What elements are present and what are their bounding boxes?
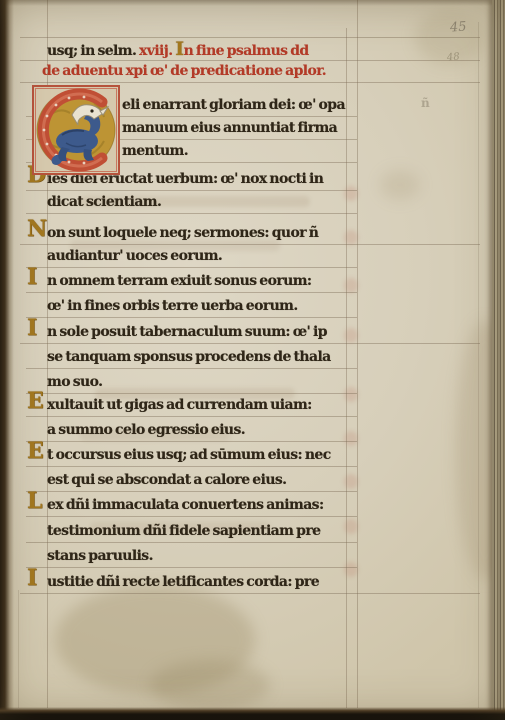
- text-line: mentum.: [122, 141, 188, 163]
- text-segment: a summo celo egressio eius.: [47, 422, 245, 438]
- text-line: de aduentu xpi œ' de predicatione aplor.: [42, 61, 326, 83]
- text-segment: œ' in fines orbis terre uerba eorum.: [47, 298, 298, 314]
- versal-initial: I: [27, 267, 37, 287]
- versal-initial: I: [27, 568, 37, 588]
- text-segment: manuum eius annuntiat firma: [122, 120, 337, 136]
- text-segment: t occursus eius usq; ad sūmum eius: nec: [47, 447, 331, 463]
- text-line: audiantur' uoces eorum.: [47, 246, 222, 268]
- text-segment: n sole posuit tabernaculum suum: œ' ip: [47, 324, 327, 340]
- text-segment: xviij.: [139, 43, 175, 59]
- versal-initial: I: [27, 318, 37, 338]
- text-line: œ' in fines orbis terre uerba eorum.: [47, 296, 298, 318]
- text-line: Non sunt loquele neq; sermones: quor ñ: [47, 223, 318, 245]
- ruling-line-vertical: [478, 22, 479, 708]
- illuminated-initial-C: [32, 85, 120, 175]
- text-line: est qui se abscondat a calore eius.: [47, 470, 286, 492]
- text-line: testimonium dñi fidele sapientiam pre: [47, 521, 320, 543]
- text-segment: testimonium dñi fidele sapientiam pre: [47, 523, 320, 539]
- text-segment: audiantur' uoces eorum.: [47, 248, 222, 264]
- text-line: In omnem terram exiuit sonus eorum:: [47, 271, 312, 293]
- text-segment: est qui se abscondat a calore eius.: [47, 472, 286, 488]
- versal-initial: E: [27, 391, 43, 411]
- text-segment: mo suo.: [47, 374, 102, 390]
- text-line: se tanquam sponsus procedens de thala: [47, 347, 331, 369]
- text-segment: ex dñi immaculata conuertens animas:: [47, 497, 324, 513]
- text-line: In sole posuit tabernaculum suum: œ' ip: [47, 322, 327, 344]
- text-segment: stans paruulis.: [47, 548, 153, 564]
- initial-C-artwork: [32, 85, 120, 175]
- page-edge-top: [0, 0, 505, 6]
- versal-initial: N: [27, 219, 47, 239]
- page-edges-right: [492, 0, 505, 712]
- text-segment: dicat scientiam.: [47, 194, 161, 210]
- text-line: mo suo.: [47, 372, 102, 394]
- text-line: Exultauit ut gigas ad currendam uiam:: [47, 395, 312, 417]
- ruling-line-vertical: [18, 590, 19, 708]
- text-line: manuum eius annuntiat firma: [122, 118, 337, 140]
- text-segment: eli enarrant gloriam dei: œ' opa: [122, 97, 345, 113]
- text-line: a summo celo egressio eius.: [47, 420, 245, 442]
- text-line: dicat scientiam.: [47, 192, 161, 214]
- page-edge-bottom: [0, 707, 505, 720]
- text-segment: on sunt loquele neq; sermones: quor ñ: [47, 225, 318, 241]
- text-line: Lex dñi immaculata conuertens animas:: [47, 495, 324, 517]
- versal-initial: L: [27, 491, 42, 511]
- text-line: usq; in selm. xviij. In fine psalmus dd: [47, 39, 309, 61]
- stain: [150, 660, 270, 710]
- ruling-line-vertical: [346, 28, 347, 708]
- text-line: stans paruulis.: [47, 546, 153, 568]
- text-segment: n fine psalmus dd: [184, 43, 309, 59]
- gutter-shadow: [0, 0, 14, 712]
- text-segment: se tanquam sponsus procedens de thala: [47, 349, 331, 365]
- stain: [380, 170, 420, 200]
- ruling-line-vertical: [357, 0, 358, 708]
- text-segment: mentum.: [122, 143, 188, 159]
- ruling-line-horizontal: [20, 37, 480, 38]
- text-segment: n omnem terram exiuit sonus eorum:: [47, 273, 312, 289]
- manuscript-page: usq; in selm. xviij. In fine psalmus ddd…: [0, 0, 505, 720]
- text-segment: de aduentu xpi œ' de predicatione aplor.: [42, 63, 326, 79]
- margin-note: ñ: [421, 96, 430, 110]
- quire-mark: 48: [446, 51, 460, 63]
- text-segment: xultauit ut gigas ad currendam uiam:: [47, 397, 312, 413]
- text-segment: I: [175, 38, 183, 60]
- versal-initial: E: [27, 441, 43, 461]
- text-line: eli enarrant gloriam dei: œ' opa: [122, 95, 345, 117]
- text-line: Iustitie dñi recte letificantes corda: p…: [47, 572, 319, 594]
- text-segment: ustitie dñi recte letificantes corda: pr…: [47, 574, 319, 590]
- text-line: Et occursus eius usq; ad sūmum eius: nec: [47, 445, 331, 467]
- text-segment: usq; in selm.: [47, 43, 139, 59]
- folio-number: 45: [449, 19, 467, 35]
